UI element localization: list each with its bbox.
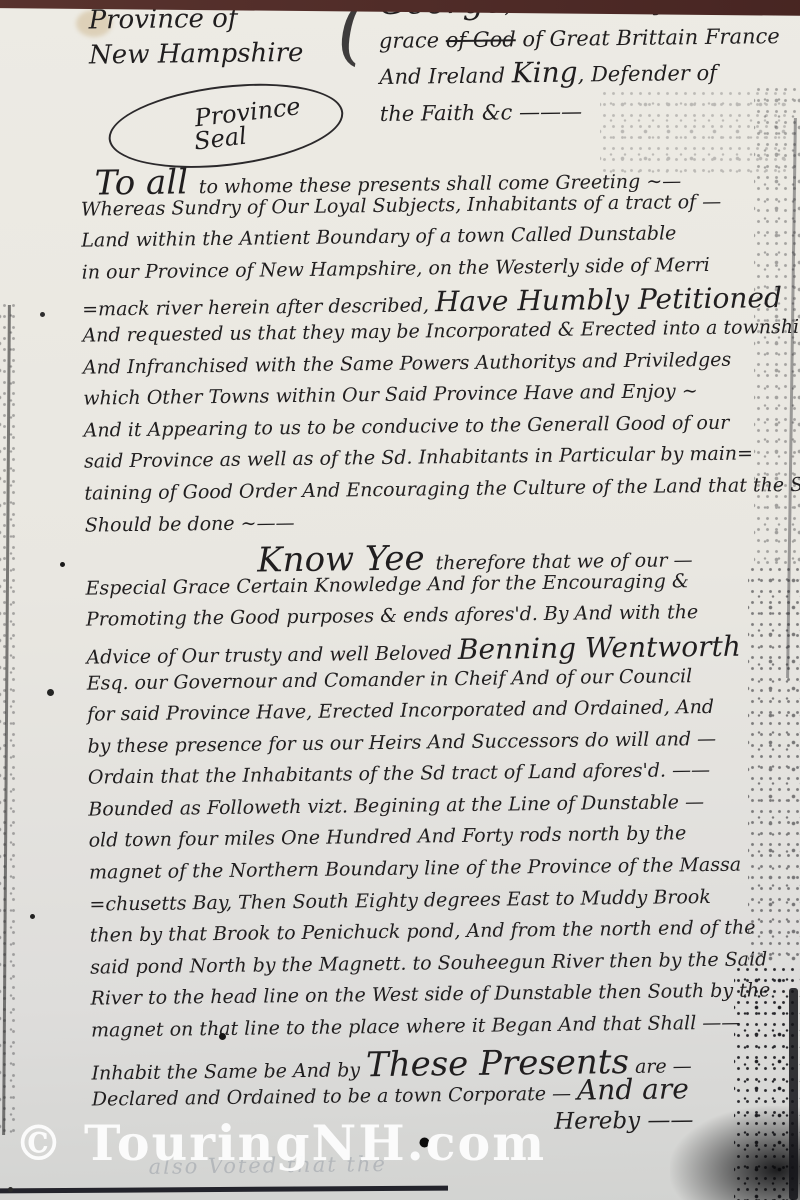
header-province-line2: New Hampshire — [89, 36, 304, 74]
page-edge-strip — [789, 988, 798, 1200]
manuscript-line: grace of God of Great Brittain France — [379, 18, 780, 59]
corner-ink-blob — [670, 1106, 800, 1200]
manuscript-content: Province of New Hampshire ( Province Sea… — [0, 0, 800, 1200]
manuscript-body: To all to whome these presents shall com… — [0, 158, 800, 1147]
seal-word-seal: Seal — [193, 121, 249, 155]
manuscript-photo: Province of New Hampshire ( Province Sea… — [0, 0, 800, 1200]
watermark-text: © TouringNH.com — [14, 1114, 546, 1172]
ink-speck — [60, 562, 65, 567]
toner-speckle — [748, 564, 800, 964]
header-province: Province of New Hampshire — [88, 1, 303, 74]
